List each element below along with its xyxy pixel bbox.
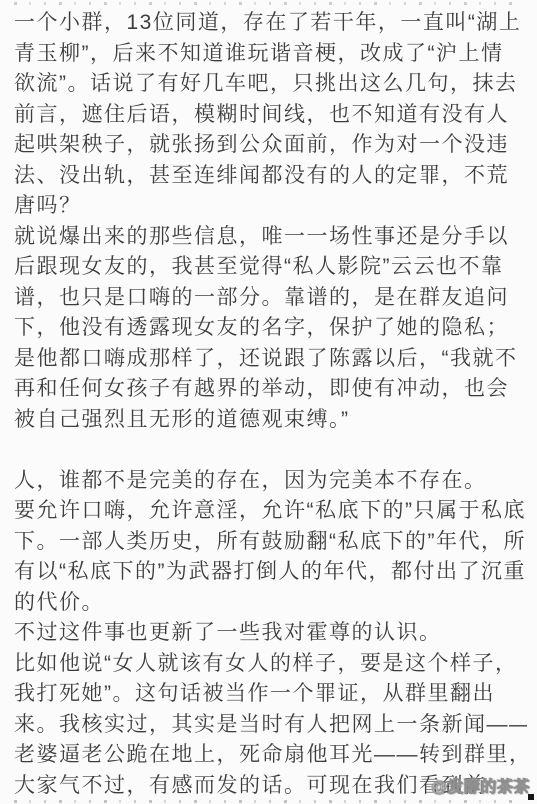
watermark-username: @发酵的茶茶 — [431, 774, 530, 797]
text-line: 有以“私底下的”为武器打倒人的年代，都付出了沉重 — [14, 557, 527, 588]
text-line: 要允许口嗨，允许意淫，允许“私底下的”只属于私底 — [14, 496, 527, 527]
cut-next-line — [14, 800, 524, 803]
text-line: 我打死她”。这句话被当作一个罪证，从群里翻出 — [14, 679, 527, 710]
text-line: 唐吗？ — [14, 191, 527, 222]
text-line: 一个小群，13位同道，存在了若干年，一直叫“湖上 — [14, 8, 527, 39]
text-line: 下。一部人类历史，所有鼓励翻“私底下的”年代，所 — [14, 527, 527, 558]
text-line: 来。我核实过，其实是当时有人把网上一条新闻—— — [14, 710, 527, 741]
text-line: 是他都口嗨成那样了，还说跟了陈露以后，“我就不 — [14, 344, 527, 375]
text-line: 前言，遮住后语，模糊时间线，也不知道有没有人 — [14, 100, 527, 131]
text-line: 的代价。 — [14, 588, 527, 619]
text-line: 被自己强烈且无形的道德观束缚。” — [14, 405, 527, 436]
text-line: 人，谁都不是完美的存在，因为完美本不存在。 — [14, 466, 527, 497]
cut-previous-line — [14, 2, 524, 5]
corner-dot — [528, 794, 534, 800]
text-line: 谱，也只是口嗨的一部分。靠谱的，是在群友追问 — [14, 283, 527, 314]
text-line: 法、没出轨，甚至连绯闻都没有的人的定罪，不荒 — [14, 161, 527, 192]
text-line: 就说爆出来的那些信息，唯一一场性事还是分手以 — [14, 222, 527, 253]
text-post-image: 一个小群，13位同道，存在了若干年，一直叫“湖上 青玉柳”，后来不知道谁玩谐音梗… — [0, 0, 537, 804]
text-line: 比如他说“女人就该有女人的样子，要是这个样子， — [14, 649, 527, 680]
text-line: 不过这件事也更新了一些我对霍尊的认识。 — [14, 618, 527, 649]
text-line: 起哄架秧子，就张扬到公众面前，作为对一个没违 — [14, 130, 527, 161]
paragraph-gap — [14, 435, 527, 466]
text-line: 老婆逼老公跪在地上，死命扇他耳光——转到群里， — [14, 740, 527, 771]
text-line: 下，他没有透露现女友的名字，保护了她的隐私； — [14, 313, 527, 344]
text-line: 欲流”。话说了有好几车吧，只挑出这么几句，抹去 — [14, 69, 527, 100]
text-line: 后跟现女友的，我甚至觉得“私人影院”云云也不靠 — [14, 252, 527, 283]
text-line: 青玉柳”，后来不知道谁玩谐音梗，改成了“沪上情 — [14, 39, 527, 70]
article-text: 一个小群，13位同道，存在了若干年，一直叫“湖上 青玉柳”，后来不知道谁玩谐音梗… — [14, 8, 527, 801]
text-line: 再和任何女孩子有越界的举动，即使有冲动，也会 — [14, 374, 527, 405]
